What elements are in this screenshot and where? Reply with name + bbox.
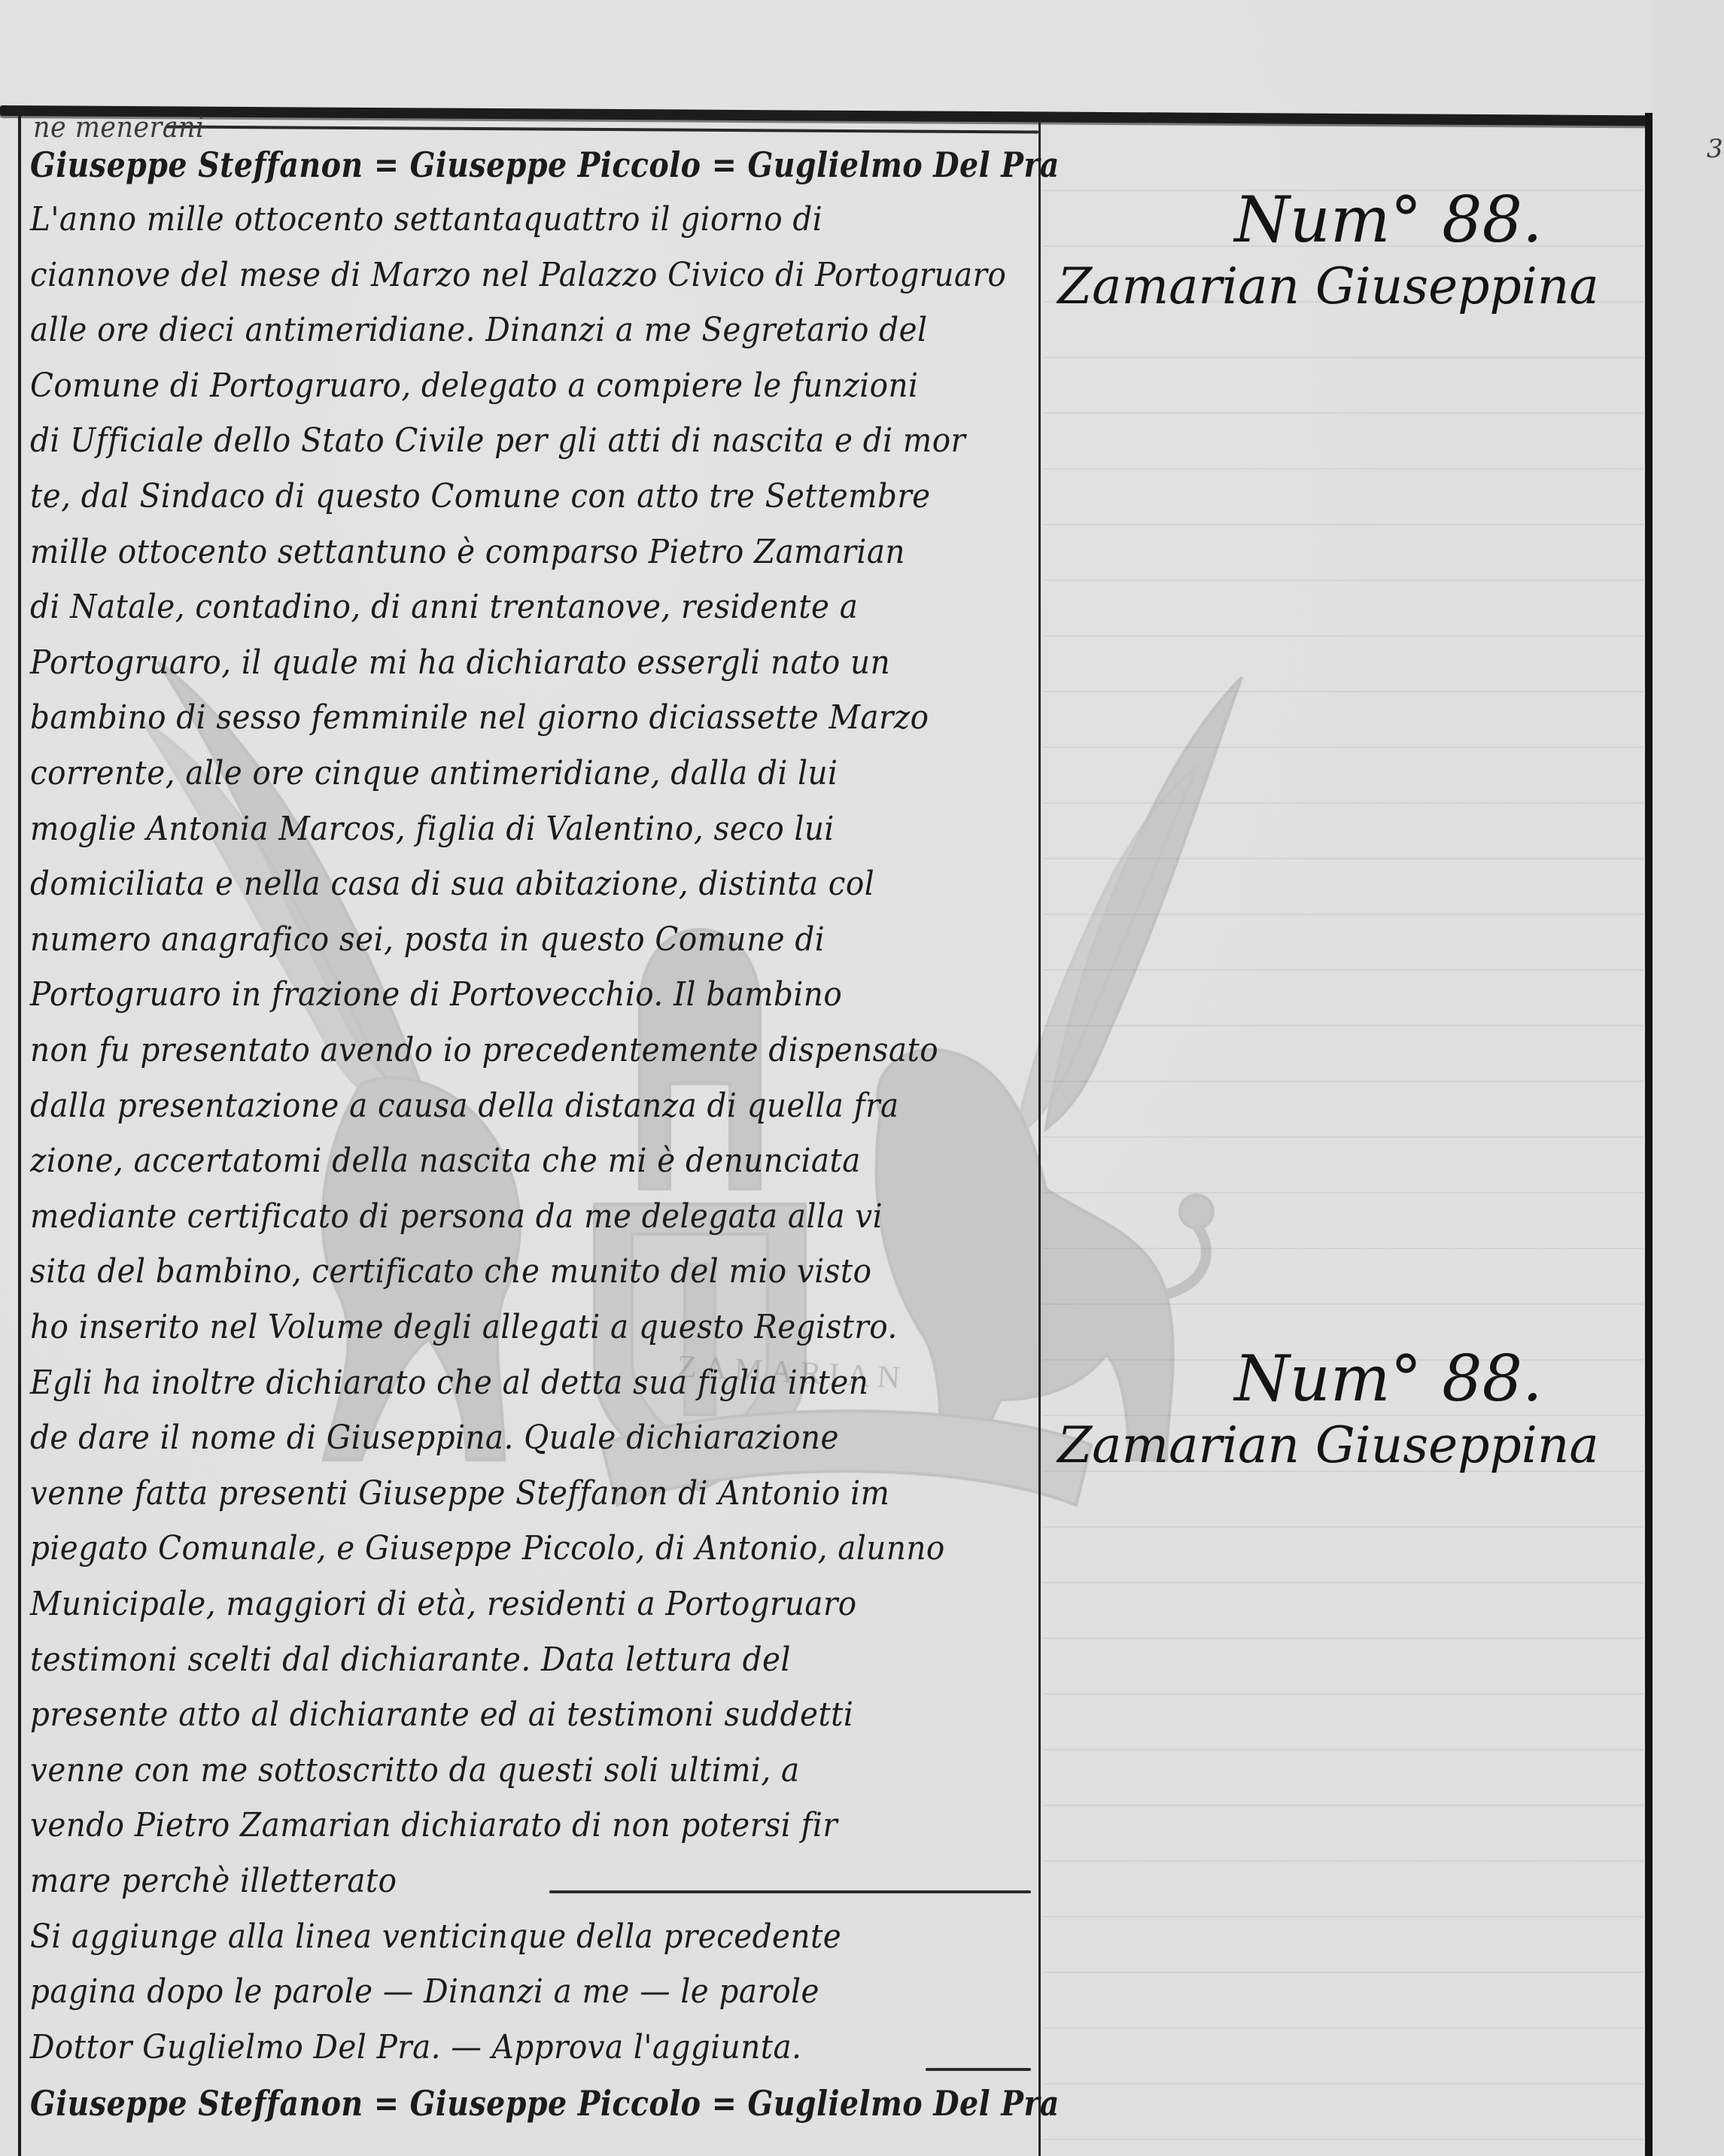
- text-line: testimoni scelti dal dichiarante. Data l…: [30, 1644, 791, 1677]
- text-line: ho inserito nel Volume degli allegati a …: [30, 1311, 898, 1344]
- frame-top-border: [0, 105, 1656, 126]
- text-line: mare perchè illetterato: [30, 1865, 397, 1898]
- record-number: Num° 88.: [1136, 188, 1640, 251]
- outer-margin: [1653, 0, 1724, 2156]
- text-line: Municipale, maggiori di età, residenti a…: [30, 1588, 857, 1621]
- record-name: Zamarian Giuseppina: [1016, 1421, 1640, 1470]
- text-line: presente atto al dichiarante ed ai testi…: [30, 1698, 853, 1732]
- page-number: 3: [1707, 134, 1723, 164]
- frame-left-border: [18, 114, 21, 2156]
- record-number: Num° 88.: [1136, 1347, 1640, 1410]
- text-line: domiciliata e nella casa di sua abitazio…: [30, 868, 874, 901]
- text-line: Portogruaro in frazione di Portovecchio.…: [30, 978, 842, 1011]
- closing-rule: [549, 1890, 1031, 1893]
- right-column-ruling: [1043, 135, 1643, 2152]
- text-line: L'anno mille ottocento settantaquattro i…: [30, 203, 822, 236]
- text-line: ciannove del mese di Marzo nel Palazzo C…: [30, 259, 1006, 292]
- frame-top-inner-rule: [166, 125, 1038, 133]
- text-line: alle ore dieci antimeridiane. Dinanzi a …: [30, 314, 927, 347]
- text-line: vendo Pietro Zamarian dichiarato di non …: [30, 1809, 838, 1842]
- text-line: venne fatta presenti Giuseppe Steffanon …: [30, 1477, 889, 1510]
- text-line: dalla presentazione a causa della distan…: [30, 1090, 899, 1123]
- signature-line-top: Giuseppe Steffanon = Giuseppe Piccolo = …: [30, 147, 1060, 182]
- text-line: Comune di Portogruaro, delegato a compie…: [30, 369, 918, 403]
- signature-line-bottom: Giuseppe Steffanon = Giuseppe Piccolo = …: [30, 2086, 1060, 2121]
- text-line: Dottor Guglielmo Del Pra. — Approva l'ag…: [30, 2031, 801, 2064]
- text-line: zione, accertatomi della nascita che mi …: [30, 1145, 861, 1178]
- text-line: bambino di sesso femminile nel giorno di…: [30, 701, 929, 734]
- text-line: moglie Antonia Marcos, figlia di Valenti…: [30, 813, 835, 846]
- text-line: mille ottocento settantuno è comparso Pi…: [30, 536, 905, 569]
- text-line: piegato Comunale, e Giuseppe Piccolo, di…: [30, 1532, 945, 1565]
- register-page: ZAMARIAN 3 ne menerani Giuseppe Steffano…: [0, 0, 1724, 2156]
- frame-right-border: [1645, 113, 1653, 2156]
- text-line: Egli ha inoltre dichiarato che al detta …: [30, 1367, 868, 1400]
- text-line: di Natale, contadino, di anni trentanove…: [30, 591, 858, 624]
- text-line: Portogruaro, il quale mi ha dichiarato e…: [30, 646, 890, 680]
- column-divider: [1038, 120, 1041, 2156]
- cut-off-fragment: ne menerani: [33, 113, 205, 141]
- record-header-1: Num° 88. Zamarian Giuseppina: [1046, 188, 1640, 312]
- text-line: te, dal Sindaco di questo Comune con att…: [30, 480, 931, 513]
- text-line: non fu presentato avendo io precedenteme…: [30, 1034, 938, 1067]
- text-line: numero anagrafico sei, posta in questo C…: [30, 923, 825, 956]
- closing-rule: [926, 2068, 1031, 2071]
- text-line: di Ufficiale dello Stato Civile per gli …: [30, 424, 965, 458]
- text-line: mediante certificato di persona da me de…: [30, 1200, 883, 1233]
- text-line: de dare il nome di Giuseppina. Quale dic…: [30, 1422, 839, 1455]
- text-line: corrente, alle ore cinque antimeridiane,…: [30, 757, 838, 790]
- record-name: Zamarian Giuseppina: [1016, 262, 1640, 312]
- text-line: Si aggiunge alla linea venticinque della…: [30, 1920, 841, 1954]
- text-line: sita del bambino, certificato che munito…: [30, 1255, 871, 1288]
- text-line: pagina dopo le parole — Dinanzi a me — l…: [30, 1975, 819, 2009]
- record-header-2: Num° 88. Zamarian Giuseppina: [1046, 1347, 1640, 1470]
- text-line: venne con me sottoscritto da questi soli…: [30, 1754, 800, 1787]
